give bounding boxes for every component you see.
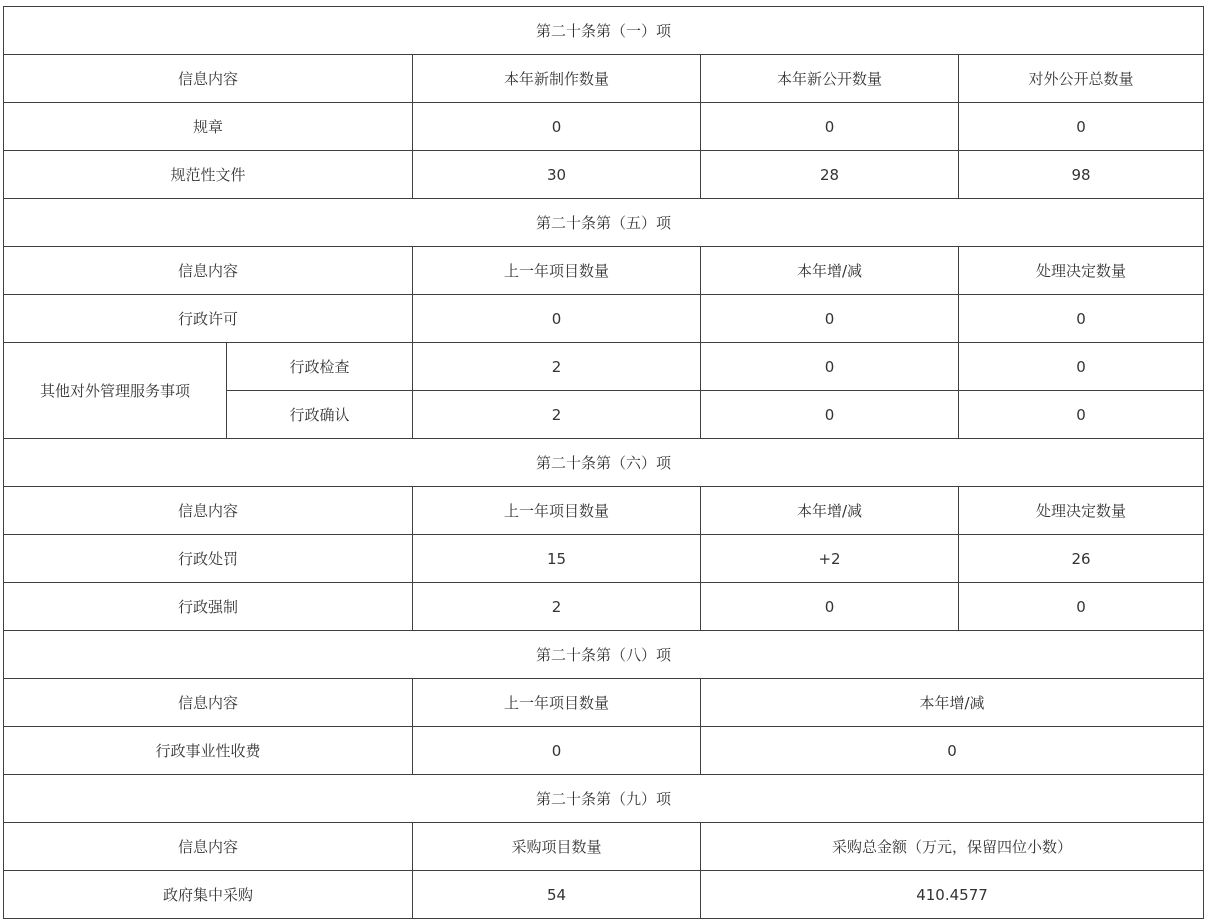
table-row: 行政强制 2 0 0 [4, 583, 1204, 631]
cell-value: 0 [959, 583, 1204, 631]
cell-value: 0 [959, 295, 1204, 343]
row-label: 政府集中采购 [4, 871, 413, 919]
cell-value: 98 [959, 151, 1204, 199]
column-header: 信息内容 [4, 487, 413, 535]
header-row: 信息内容 采购项目数量 采购总金额（万元，保留四位小数） [4, 823, 1204, 871]
column-header: 处理决定数量 [959, 247, 1204, 295]
cell-value: 0 [959, 391, 1204, 439]
cell-value: 26 [959, 535, 1204, 583]
row-label: 规章 [4, 103, 413, 151]
table-row: 规范性文件 30 28 98 [4, 151, 1204, 199]
column-header: 本年新制作数量 [413, 55, 701, 103]
table-row: 规章 0 0 0 [4, 103, 1204, 151]
cell-value: 0 [701, 103, 959, 151]
cell-value: 0 [701, 343, 959, 391]
cell-value: +2 [701, 535, 959, 583]
table-row: 其他对外管理服务事项 行政检查 2 0 0 [4, 343, 1204, 391]
column-header: 处理决定数量 [959, 487, 1204, 535]
section-title-row: 第二十条第（九）项 [4, 775, 1204, 823]
sub-row-label: 行政确认 [227, 391, 413, 439]
cell-value: 0 [701, 727, 1204, 775]
column-header: 本年增/减 [701, 679, 1204, 727]
section-title: 第二十条第（五）项 [4, 199, 1204, 247]
section-title-row: 第二十条第（六）项 [4, 439, 1204, 487]
row-label: 规范性文件 [4, 151, 413, 199]
cell-value: 0 [701, 391, 959, 439]
cell-value: 0 [701, 583, 959, 631]
column-header: 本年增/减 [701, 487, 959, 535]
column-header: 信息内容 [4, 247, 413, 295]
column-header: 采购项目数量 [413, 823, 701, 871]
section-title: 第二十条第（一）项 [4, 7, 1204, 55]
table-row: 政府集中采购 54 410.4577 [4, 871, 1204, 919]
sub-row-label: 行政检查 [227, 343, 413, 391]
column-header: 采购总金额（万元，保留四位小数） [701, 823, 1204, 871]
cell-value: 15 [413, 535, 701, 583]
cell-value: 54 [413, 871, 701, 919]
cell-value: 0 [413, 103, 701, 151]
cell-value: 0 [413, 295, 701, 343]
header-row: 信息内容 上一年项目数量 本年增/减 处理决定数量 [4, 247, 1204, 295]
column-header: 上一年项目数量 [413, 247, 701, 295]
cell-value: 2 [413, 391, 701, 439]
header-row: 信息内容 上一年项目数量 本年增/减 [4, 679, 1204, 727]
info-disclosure-table: 第二十条第（一）项 信息内容 本年新制作数量 本年新公开数量 对外公开总数量 规… [3, 6, 1204, 919]
cell-value: 30 [413, 151, 701, 199]
group-label: 其他对外管理服务事项 [4, 343, 227, 439]
cell-value: 0 [413, 727, 701, 775]
table-row: 行政处罚 15 +2 26 [4, 535, 1204, 583]
cell-value: 0 [959, 343, 1204, 391]
column-header: 信息内容 [4, 823, 413, 871]
cell-value: 0 [959, 103, 1204, 151]
section-title-row: 第二十条第（五）项 [4, 199, 1204, 247]
table-row: 行政许可 0 0 0 [4, 295, 1204, 343]
section-title-row: 第二十条第（八）项 [4, 631, 1204, 679]
column-header: 信息内容 [4, 679, 413, 727]
row-label: 行政处罚 [4, 535, 413, 583]
cell-value: 28 [701, 151, 959, 199]
column-header: 上一年项目数量 [413, 487, 701, 535]
column-header: 本年增/减 [701, 247, 959, 295]
row-label: 行政强制 [4, 583, 413, 631]
section-title: 第二十条第（九）项 [4, 775, 1204, 823]
row-label: 行政许可 [4, 295, 413, 343]
column-header: 本年新公开数量 [701, 55, 959, 103]
table-row: 行政事业性收费 0 0 [4, 727, 1204, 775]
cell-value: 2 [413, 343, 701, 391]
cell-value: 2 [413, 583, 701, 631]
column-header: 上一年项目数量 [413, 679, 701, 727]
section-title: 第二十条第（六）项 [4, 439, 1204, 487]
info-disclosure-table-container: 第二十条第（一）项 信息内容 本年新制作数量 本年新公开数量 对外公开总数量 规… [3, 6, 1203, 919]
header-row: 信息内容 本年新制作数量 本年新公开数量 对外公开总数量 [4, 55, 1204, 103]
section-title-row: 第二十条第（一）项 [4, 7, 1204, 55]
section-title: 第二十条第（八）项 [4, 631, 1204, 679]
cell-value: 410.4577 [701, 871, 1204, 919]
cell-value: 0 [701, 295, 959, 343]
row-label: 行政事业性收费 [4, 727, 413, 775]
column-header: 对外公开总数量 [959, 55, 1204, 103]
column-header: 信息内容 [4, 55, 413, 103]
header-row: 信息内容 上一年项目数量 本年增/减 处理决定数量 [4, 487, 1204, 535]
